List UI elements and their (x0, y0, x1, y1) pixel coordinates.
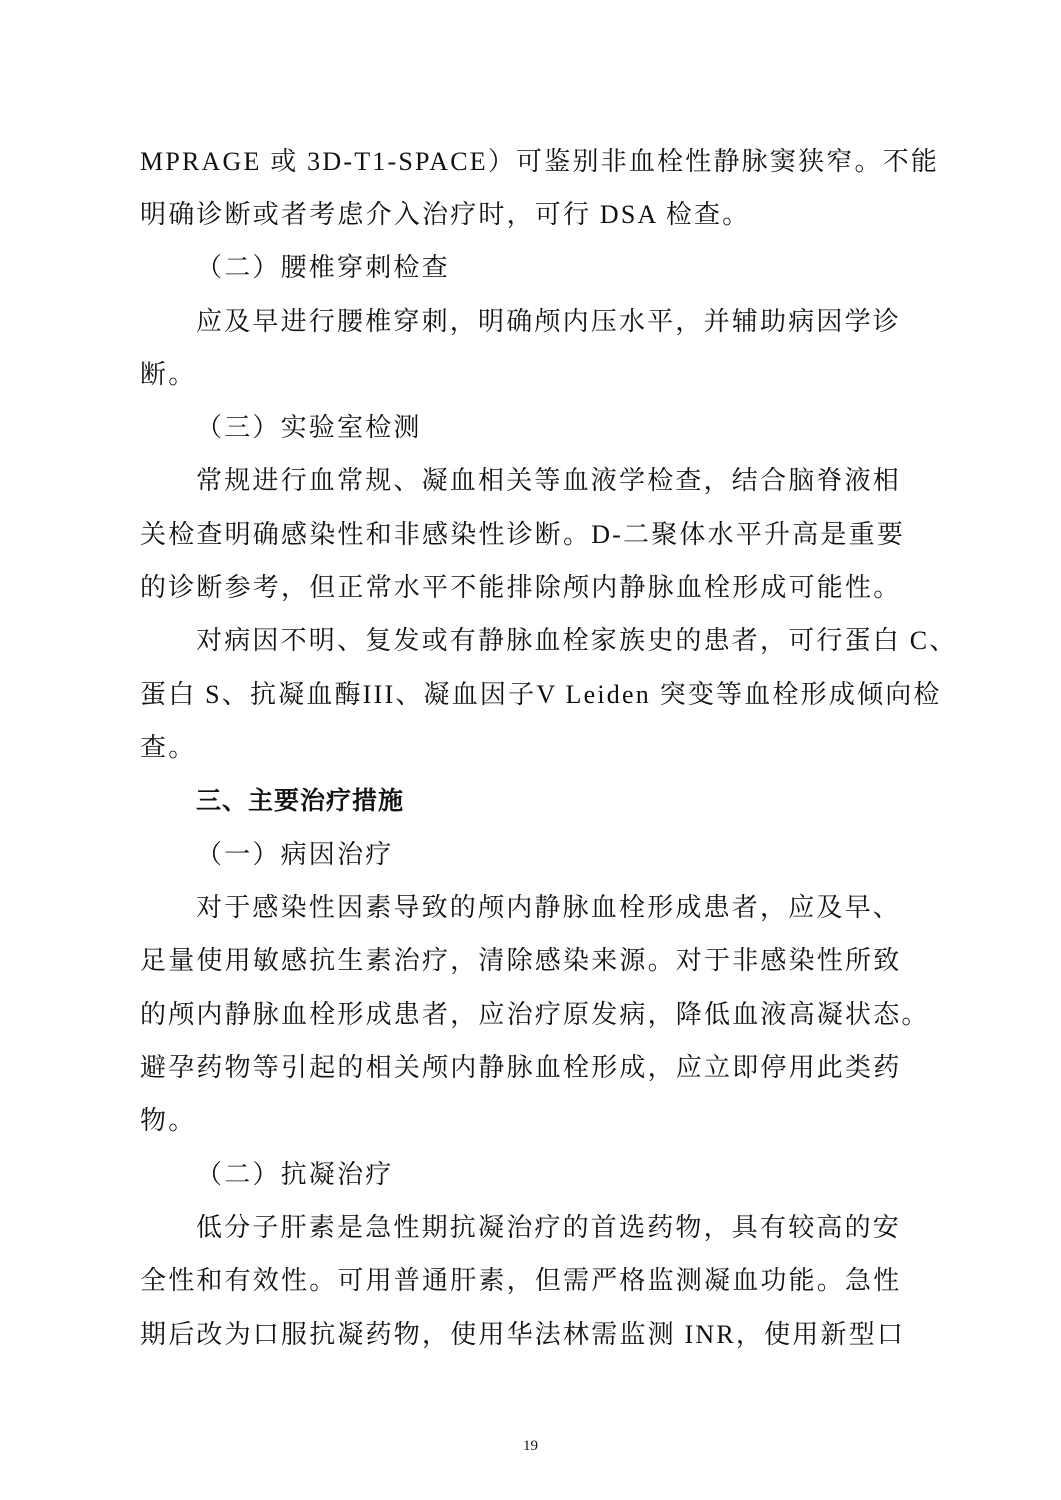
subsection-heading: （三）实验室检测 (196, 413, 922, 443)
subsection-heading: （二）腰椎穿刺检查 (196, 253, 922, 283)
text-line: 蛋白 S、抗凝血酶III、凝血因子V Leiden 突变等血栓形成倾向检 (140, 680, 922, 710)
text-line: 避孕药物等引起的相关颅内静脉血栓形成，应立即停用此类药 (140, 1053, 922, 1083)
text-line: 的颅内静脉血栓形成患者，应治疗原发病，降低血液高凝状态。 (140, 1000, 922, 1030)
text-line: 物。 (140, 1106, 922, 1136)
text-line: 关检查明确感染性和非感染性诊断。D-二聚体水平升高是重要 (140, 520, 922, 550)
text-line: 期后改为口服抗凝药物，使用华法林需监测 INR，使用新型口 (140, 1320, 922, 1350)
text-line: 断。 (140, 360, 922, 390)
section-heading: 三、主要治疗措施 (196, 786, 922, 816)
text-line: 对病因不明、复发或有静脉血栓家族史的患者，可行蛋白 C、 (196, 626, 922, 656)
text-line: 常规进行血常规、凝血相关等血液学检查，结合脑脊液相 (196, 466, 922, 496)
text-line: 的诊断参考，但正常水平不能排除颅内静脉血栓形成可能性。 (140, 573, 922, 603)
subsection-heading: （一）病因治疗 (196, 840, 922, 870)
text-line: MPRAGE 或 3D-T1-SPACE）可鉴别非血栓性静脉窦狭窄。不能 (140, 147, 922, 177)
text-line: 低分子肝素是急性期抗凝治疗的首选药物，具有较高的安 (196, 1213, 922, 1243)
text-line: 查。 (140, 733, 922, 763)
text-line: 应及早进行腰椎穿刺，明确颅内压水平，并辅助病因学诊 (196, 307, 922, 337)
subsection-heading: （二）抗凝治疗 (196, 1160, 922, 1190)
page-number: 19 (0, 1438, 1061, 1455)
text-line: 全性和有效性。可用普通肝素，但需严格监测凝血功能。急性 (140, 1266, 922, 1296)
text-line: 足量使用敏感抗生素治疗，清除感染来源。对于非感染性所致 (140, 946, 922, 976)
text-line: 明确诊断或者考虑介入治疗时，可行 DSA 检查。 (140, 200, 922, 230)
text-line: 对于感染性因素导致的颅内静脉血栓形成患者，应及早、 (196, 893, 922, 923)
